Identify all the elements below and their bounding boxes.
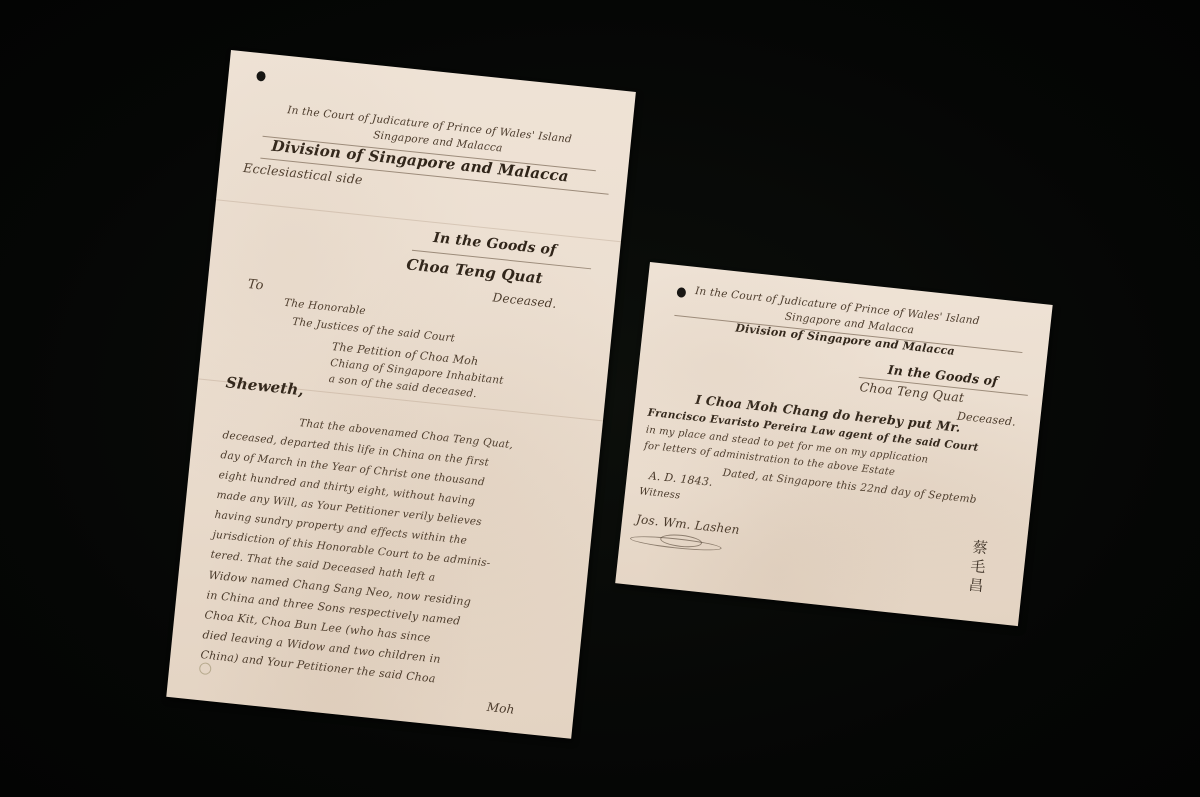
sheweth-label: Sheweth, [225, 373, 305, 399]
body-line: Moh [486, 700, 515, 717]
photograph-stage: In the Court of Judicature of Prince of … [0, 0, 1200, 797]
ecclesiastical-side: Ecclesiastical side [243, 160, 364, 187]
honorable-line: The Honorable [283, 297, 366, 317]
chinese-signature-char: 昌 [966, 576, 986, 597]
punch-hole [256, 71, 266, 82]
chinese-signature-char: 毛 [968, 557, 988, 578]
punch-hole-ring [199, 662, 212, 675]
to-label: To [247, 277, 264, 294]
fold-crease [216, 199, 621, 242]
witness-signature: Jos. Wm. Lashen [635, 512, 740, 537]
deceased-label: Deceased. [956, 410, 1016, 429]
justices-line: The Justices of the said Court [292, 316, 456, 345]
petition-document: In the Court of Judicature of Prince of … [166, 50, 636, 739]
punch-hole [676, 287, 686, 298]
year-line: A. D. 1843. [648, 469, 713, 489]
authorization-document: In the Court of Judicature of Prince of … [615, 262, 1053, 626]
chinese-signature-char: 蔡 [970, 538, 990, 559]
deceased-name: Choa Teng Quat [406, 255, 544, 287]
deceased-label: Deceased. [492, 290, 557, 311]
witness-label: Witness [639, 486, 681, 501]
